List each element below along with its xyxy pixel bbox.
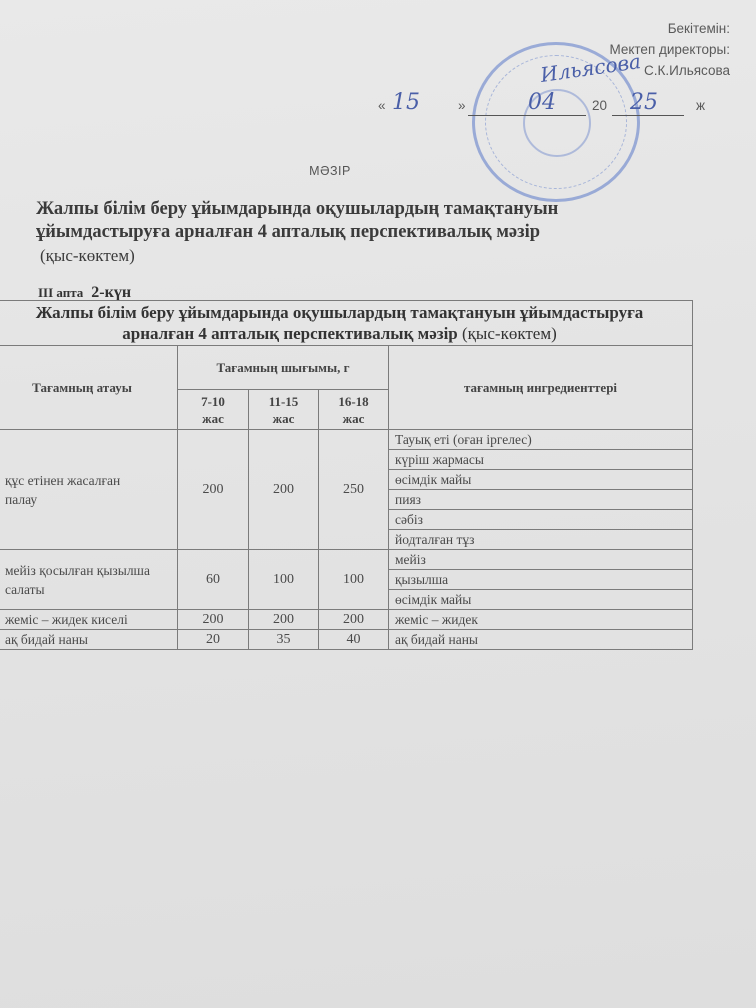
table-row: ақ бидай наны 20 35 40 ақ бидай наны — [0, 630, 693, 650]
yield-7-10: 60 — [178, 550, 249, 610]
dish-name: құс етінен жасалғанпалау — [0, 430, 178, 550]
date-year-prefix: 20 — [592, 98, 607, 113]
yield-11-15: 200 — [249, 610, 319, 630]
ingredient: йодталған тұз — [389, 530, 693, 550]
menu-table: Жалпы білім беру ұйымдарында оқушылардың… — [0, 300, 693, 650]
yield-7-10: 20 — [178, 630, 249, 650]
ingredient: сәбіз — [389, 510, 693, 530]
ingredient: күріш жармасы — [389, 450, 693, 470]
ingredient: ақ бидай наны — [389, 630, 693, 650]
header-dish-name: Тағамның атауы — [0, 346, 178, 430]
yield-16-18: 200 — [319, 610, 389, 630]
dish-name: ақ бидай наны — [0, 630, 178, 650]
date-year-suffix: 25 — [630, 90, 658, 115]
yield-7-10: 200 — [178, 610, 249, 630]
approval-block: Бекітемін: Мектеп директоры: С.К.Ильясов… — [609, 18, 730, 81]
date-suffix: ж — [696, 98, 705, 113]
month-underline — [468, 115, 586, 116]
caption-season: (қыс-көктем) — [462, 324, 557, 343]
yield-11-15: 200 — [249, 430, 319, 550]
yield-16-18: 40 — [319, 630, 389, 650]
yield-11-15: 100 — [249, 550, 319, 610]
yield-16-18: 250 — [319, 430, 389, 550]
day-label: 2-күн — [91, 284, 131, 301]
approval-date: « 15 » 04 20 25 ж — [378, 98, 738, 122]
year-underline — [612, 115, 684, 116]
title-line-1: Жалпы білім беру ұйымдарында оқушылардың… — [36, 198, 558, 221]
caption-line-1: Жалпы білім беру ұйымдарында оқушылардың… — [0, 302, 692, 323]
ingredient: өсімдік майы — [389, 590, 693, 610]
date-day: 15 — [392, 90, 420, 115]
yield-11-15: 35 — [249, 630, 319, 650]
date-month: 04 — [528, 90, 556, 115]
title-line-2: ұйымдастыруға арналған 4 апталық перспек… — [36, 221, 558, 244]
ingredient: жеміс – жидек — [389, 610, 693, 630]
table-row: жеміс – жидек киселі 200 200 200 жеміс –… — [0, 610, 693, 630]
approval-position: Мектеп директоры: — [609, 39, 730, 60]
ingredient: өсімдік майы — [389, 470, 693, 490]
header-age-7-10: 7-10жас — [178, 390, 249, 430]
date-close-quote: » — [458, 98, 466, 113]
header-yield: Тағамның шығымы, г — [178, 346, 389, 390]
document-title: Жалпы білім беру ұйымдарында оқушылардың… — [36, 198, 558, 244]
menu-heading: МӘЗІР — [0, 164, 660, 178]
week-label: ІІІ апта — [38, 285, 83, 300]
caption-line-2: арналған 4 апталық перспективалық мәзір — [122, 324, 458, 343]
dish-name: жеміс – жидек киселі — [0, 610, 178, 630]
table-row: құс етінен жасалғанпалау 200 200 250 Тау… — [0, 430, 693, 450]
ingredient: пияз — [389, 490, 693, 510]
approval-label: Бекітемін: — [609, 18, 730, 39]
yield-7-10: 200 — [178, 430, 249, 550]
header-ingredients: тағамның ингредиенттері — [389, 346, 693, 430]
ingredient: Тауық еті (оған іргелес) — [389, 430, 693, 450]
ingredient: мейіз — [389, 550, 693, 570]
table-row: мейіз қосылған қызылшасалаты 60 100 100 … — [0, 550, 693, 570]
season-label: (қыс-көктем) — [40, 246, 135, 266]
header-age-16-18: 16-18жас — [319, 390, 389, 430]
table-caption: Жалпы білім беру ұйымдарында оқушылардың… — [0, 301, 693, 346]
dish-name: мейіз қосылған қызылшасалаты — [0, 550, 178, 610]
date-open-quote: « — [378, 98, 386, 113]
yield-16-18: 100 — [319, 550, 389, 610]
header-age-11-15: 11-15жас — [249, 390, 319, 430]
approval-name: С.К.Ильясова — [609, 60, 730, 81]
ingredient: қызылша — [389, 570, 693, 590]
